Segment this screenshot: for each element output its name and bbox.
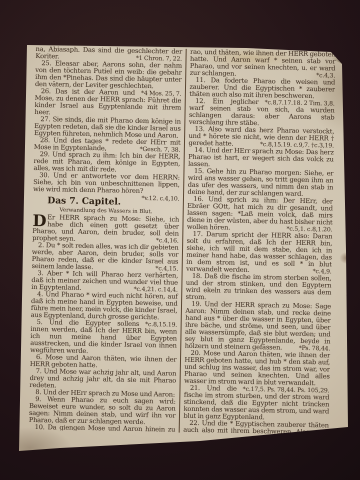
verse-paragraph: rao, und thäten, wie ihnen der HERR gebo… xyxy=(190,49,336,80)
verse-text: 25. Eleasar aber, Aarons sohn, der nahm … xyxy=(35,59,182,90)
verse-text: 10. Da giengen Mose und Aaron hinein zu … xyxy=(29,423,176,435)
verse-paragraph: 10. Da giengen Mose und Aaron hinein zu … xyxy=(29,424,176,435)
verse-paragraph: 20. Mose und Aaron thäten, wie ihnen der… xyxy=(184,350,330,388)
verse-text: 20. Mose und Aaron thäten, wie ihnen der… xyxy=(184,349,330,387)
verse-text: 22. Und die * Egyptischen zauberer thäte… xyxy=(183,419,329,436)
text-columns: na, Abiasaph. Das sind die geschlechter … xyxy=(29,46,336,435)
running-header: Mose zu Pharao gesandt. (Cap. 7.) Mose. … xyxy=(36,32,336,45)
verse-paragraph: 16. Und sprich zu ihm: Der HErr, der Ebr… xyxy=(187,196,333,234)
verse-paragraph: 17. Darum spricht der HERR also: Daran s… xyxy=(186,231,332,276)
verse-text: 4. Und Pharao * wird euch nicht hören, a… xyxy=(31,290,178,321)
verse-text: 7. Und Mose war achzig jahr alt, und Aar… xyxy=(29,367,176,389)
header-book-title: (Cap. 7.) Mose. xyxy=(134,34,192,43)
photo-background: Mose zu Pharao gesandt. (Cap. 7.) Mose. … xyxy=(0,0,360,480)
verse-paragraph: 25. Eleasar aber, Aarons sohn, der nahm … xyxy=(35,60,182,91)
verse-paragraph: 30. Und er antwortete vor dem HERRN: Sie… xyxy=(33,172,180,196)
page-number: 57 xyxy=(326,37,336,45)
verse-text: rao, und thäten, wie ihnen der HERR gebo… xyxy=(190,48,336,78)
verse-paragraph: 18. Daß die fische im strom sterben soll… xyxy=(186,273,332,304)
left-column: na, Abiasaph. Das sind die geschlechter … xyxy=(29,46,186,433)
book-page: Mose zu Pharao gesandt. (Cap. 7.) Mose. … xyxy=(0,0,360,480)
verse-text: 30. Und er antwortete vor dem HERRN: Sie… xyxy=(33,171,180,195)
verse-paragraph: DEr HERR sprach zu Mose: Siehe, ich habe… xyxy=(32,214,179,245)
drop-cap: D xyxy=(32,214,47,227)
verse-text: 18. Daß die fische im strom sterben soll… xyxy=(186,272,332,301)
page-content: Mose zu Pharao gesandt. (Cap. 7.) Mose. … xyxy=(29,32,336,445)
right-column-verses: rao, und thäten, wie ihnen der HERR gebo… xyxy=(183,49,336,436)
verse-paragraph: 4. Und Pharao * wird euch nicht hören, a… xyxy=(31,291,178,322)
header-left-title: Mose zu Pharao gesandt. xyxy=(36,32,131,42)
verse-paragraph: 22. Und die * Egyptischen zauberer thäte… xyxy=(183,420,329,436)
verse-text: 17. Darum spricht der HERR also: Daran s… xyxy=(186,230,332,274)
verse-paragraph: 9. Wenn Pharao zu euch sagen wird: Bewei… xyxy=(29,396,176,427)
header-section-title: 1) Plage. Blut. xyxy=(238,36,293,45)
verse-paragraph: 2. Du * solt reden alles, was ich dir ge… xyxy=(32,242,179,273)
verse-text: 9. Wenn Pharao zu euch sagen wird: Bewei… xyxy=(29,395,176,426)
verse-paragraph: 19. Und der HERR sprach zu Mose: Sage Aa… xyxy=(185,301,331,353)
verse-text: 19. Und der HERR sprach zu Mose: Sage Aa… xyxy=(185,300,331,352)
verse-text: 16. Und sprich zu ihm: Der HErr, der Ebr… xyxy=(187,195,333,232)
verse-reference: *v.12. c.4,10. xyxy=(135,195,179,203)
verse-text: 29. Und sprach zu ihm: Ich bin der HERR,… xyxy=(33,150,180,173)
header-spacer xyxy=(191,41,238,42)
header-spacer xyxy=(293,43,326,44)
verse-text: 15. Gehe hin zu Pharao morgen: Siehe, er… xyxy=(188,167,334,198)
verse-text: 14. Und der HErr sprach zu Mose: Das her… xyxy=(188,146,334,168)
right-column: rao, und thäten, wie ihnen der HERR gebo… xyxy=(179,49,336,436)
verse-paragraph: 15. Gehe hin zu Pharao morgen: Siehe, er… xyxy=(188,168,334,199)
